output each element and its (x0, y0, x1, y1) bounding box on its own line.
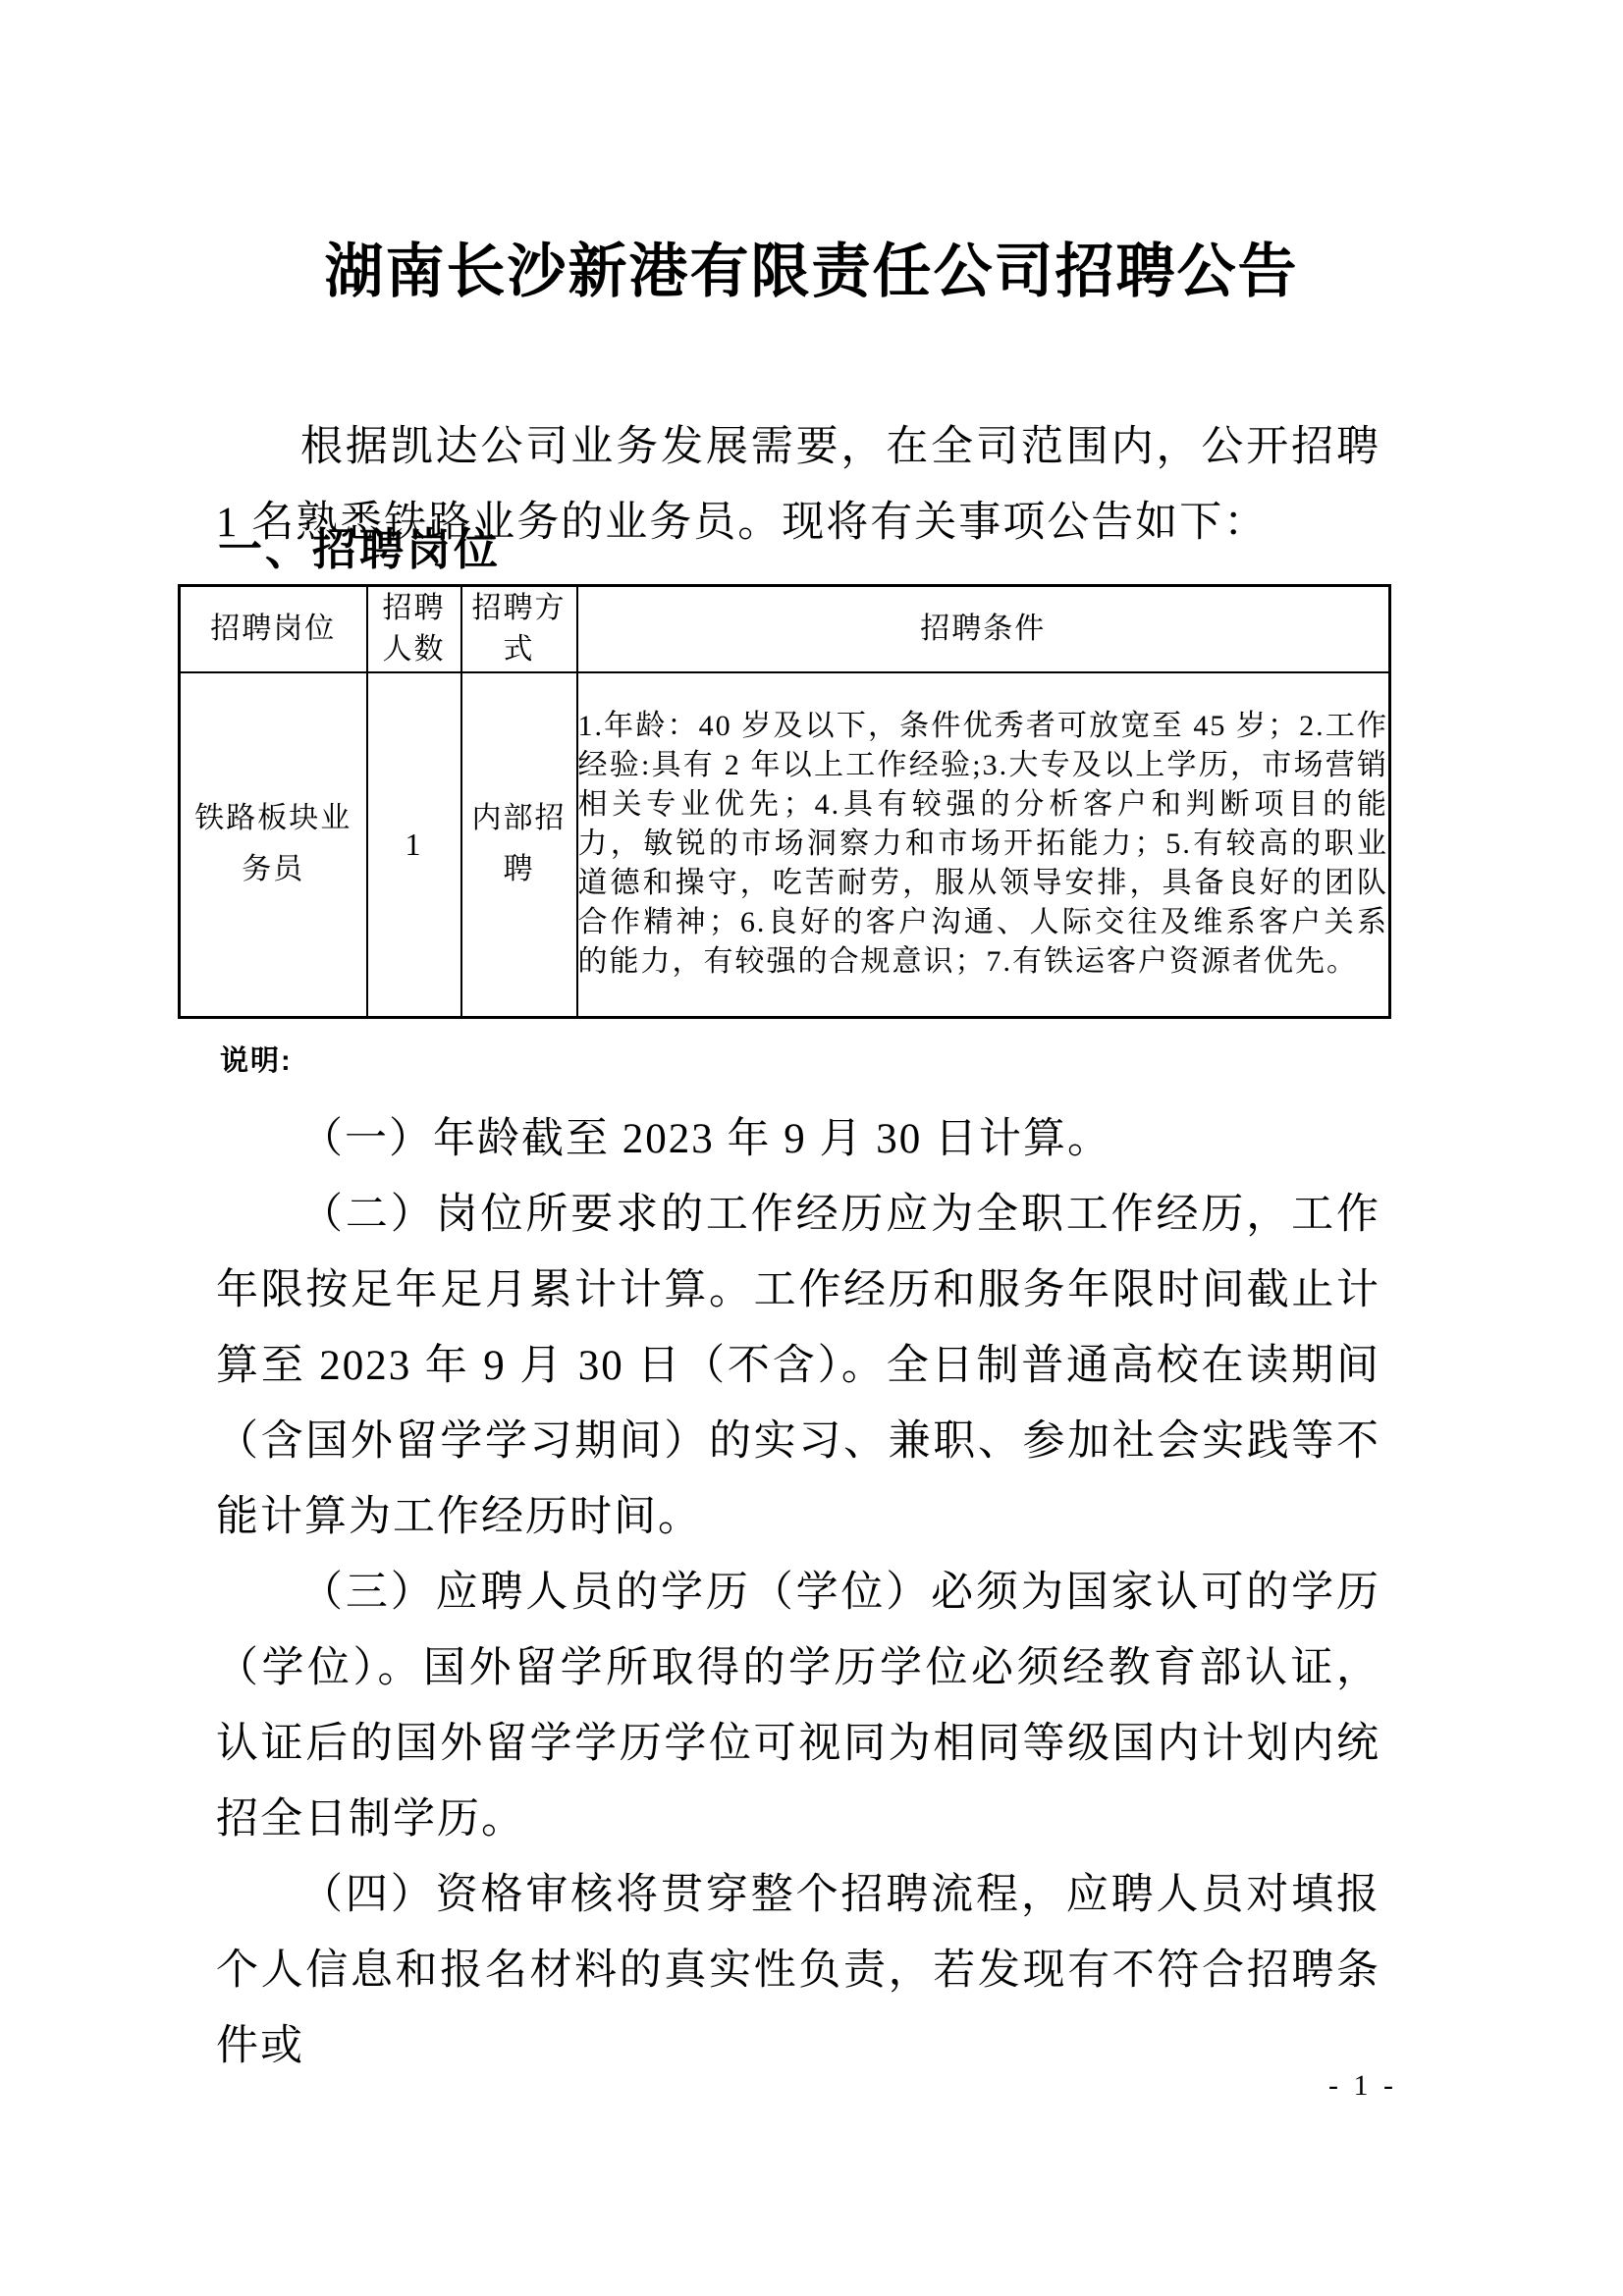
header-cell-position: 招聘岗位 (180, 586, 367, 672)
notes-label: 说明: (220, 1039, 293, 1079)
conditions-cell: 1.年龄：40 岁及以下，条件优秀者可放宽至 45 岁；2.工作经验:具有 2 … (577, 672, 1390, 1018)
position-cell: 铁路板块业务员 (180, 672, 367, 1018)
method-cell: 内部招聘 (461, 672, 577, 1018)
table-header-row: 招聘岗位 招聘人数 招聘方式 招聘条件 (180, 586, 1390, 672)
document-page: 湖南长沙新港有限责任公司招聘公告 根据凯达公司业务发展需要，在全司范围内，公开招… (0, 0, 1623, 2296)
header-cell-conditions: 招聘条件 (577, 586, 1390, 672)
header-cell-method: 招聘方式 (461, 586, 577, 672)
section-heading-recruit-positions: 一、招聘岗位 (218, 521, 501, 578)
note-paragraph-4: （四）资格审核将贯穿整个招聘流程，应聘人员对填报个人信息和报名材料的真实性负责，… (216, 1857, 1380, 2084)
notes-section: （一）年龄截至 2023 年 9 月 30 日计算。 （二）岗位所要求的工作经历… (216, 1101, 1380, 2084)
header-cell-count: 招聘人数 (367, 586, 461, 672)
count-cell: 1 (367, 672, 461, 1018)
page-number: - 1 - (1328, 2069, 1397, 2103)
recruitment-table: 招聘岗位 招聘人数 招聘方式 招聘条件 铁路板块业务员 1 内部招聘 1.年龄：… (178, 584, 1391, 1019)
note-paragraph-2: （二）岗位所要求的工作经历应为全职工作经历，工作年限按足年足月累计计算。工作经历… (216, 1177, 1380, 1555)
table-row: 铁路板块业务员 1 内部招聘 1.年龄：40 岁及以下，条件优秀者可放宽至 45… (180, 672, 1390, 1018)
note-paragraph-3: （三）应聘人员的学历（学位）必须为国家认可的学历（学位）。国外留学所取得的学历学… (216, 1555, 1380, 1857)
document-title: 湖南长沙新港有限责任公司招聘公告 (0, 234, 1623, 310)
note-paragraph-1: （一）年龄截至 2023 年 9 月 30 日计算。 (216, 1101, 1380, 1177)
